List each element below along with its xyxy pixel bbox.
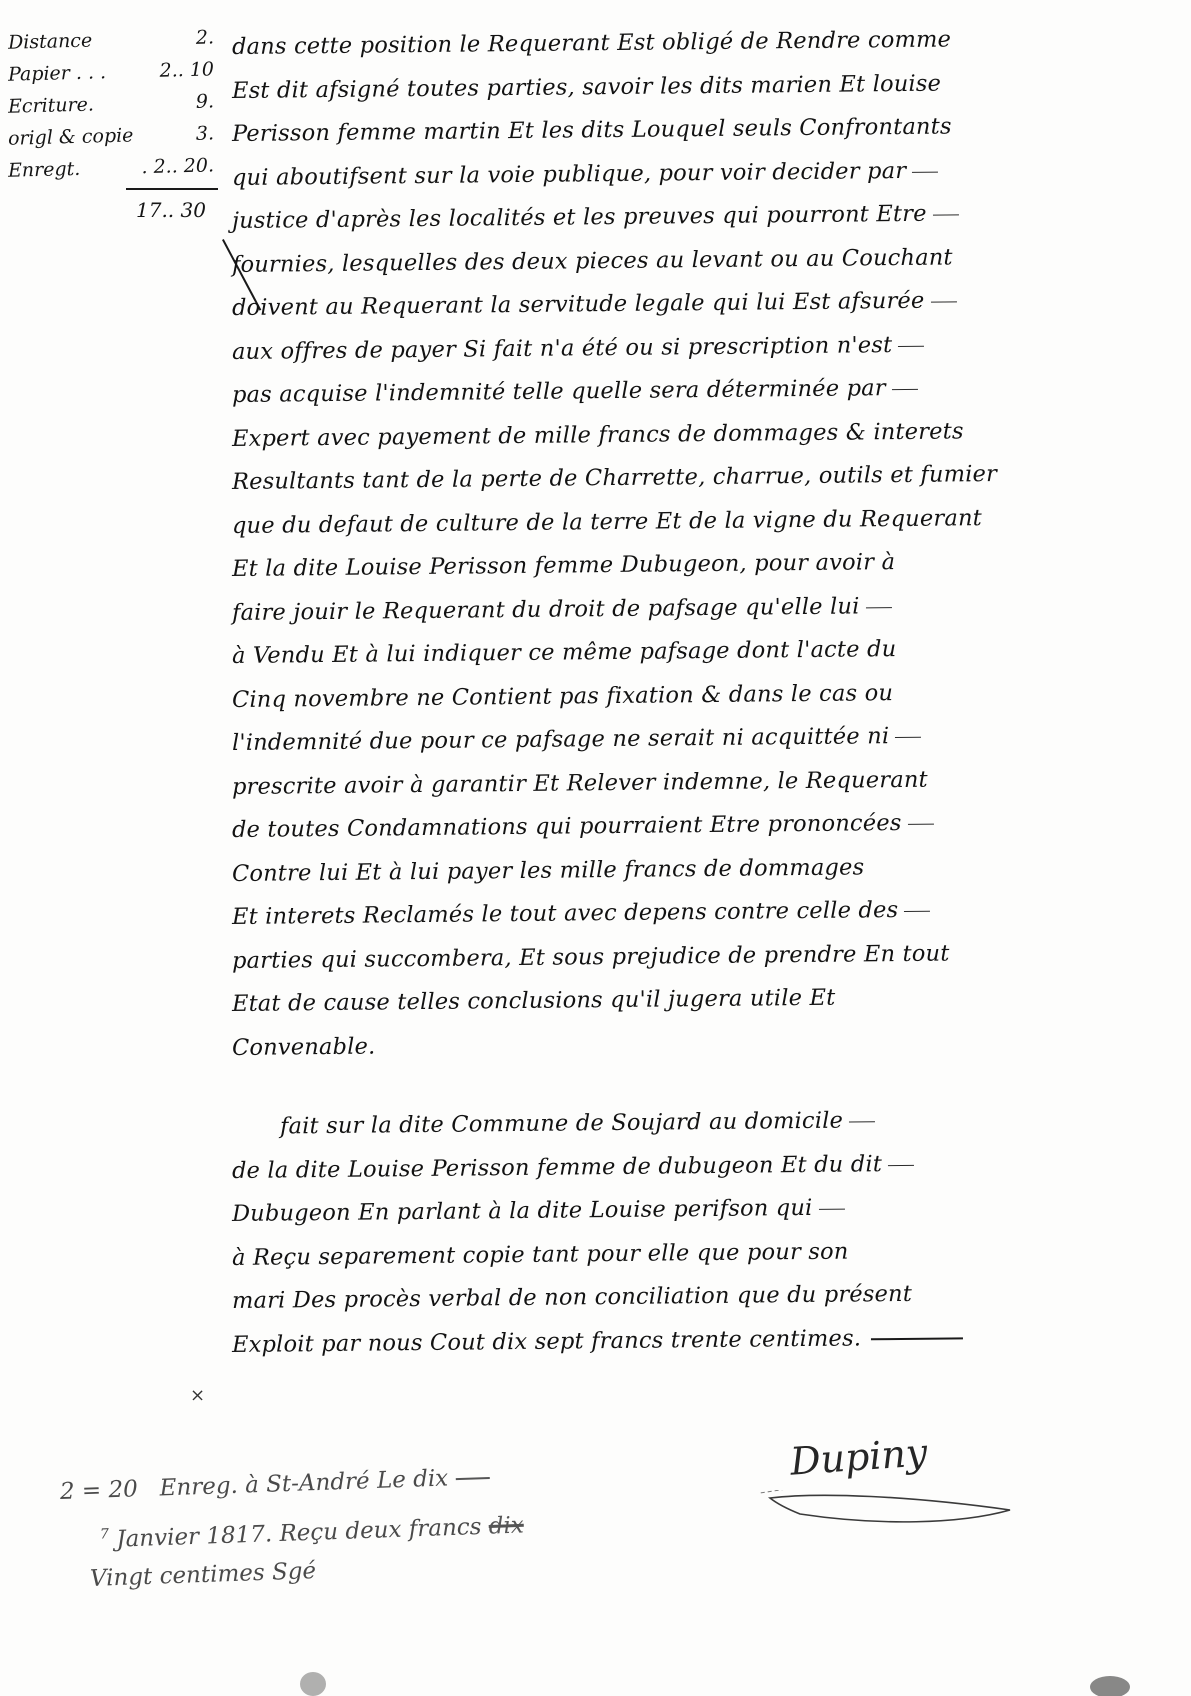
- registration-day-correction: 7: [100, 1526, 109, 1542]
- fee-total: 17.. 30: [136, 194, 218, 226]
- body-line-text: pas acquise l'indemnité telle quelle ser…: [232, 375, 886, 408]
- body-line-text: aux offres de payer Si fait n'a été ou s…: [232, 332, 893, 365]
- closing-line-text: fait sur la dite Commune de Soujard au d…: [280, 1108, 843, 1140]
- body-text: dans cette position le Requerant Est obl…: [232, 26, 1162, 1367]
- margin-x-mark: ×: [190, 1385, 205, 1406]
- fee-label: Papier . . .: [8, 56, 107, 91]
- document-page: Distance 2. Papier . . . 2.. 10 Ecriture…: [0, 0, 1191, 1696]
- closing-line-text: Dubugeon En parlant à la dite Louise per…: [232, 1195, 813, 1227]
- ink-blot: [300, 1672, 326, 1696]
- line-filler-dash: [888, 1164, 914, 1165]
- body-line-text: qui aboutifsent sur la voie publique, po…: [232, 157, 907, 190]
- struck-word: dix: [488, 1512, 524, 1539]
- fee-amount: 2.. 10: [159, 53, 214, 86]
- fee-tally: Distance 2. Papier . . . 2.. 10 Ecriture…: [8, 24, 218, 226]
- fee-label: Enregt.: [8, 153, 81, 187]
- body-line-text: de toutes Condamnations qui pourraient E…: [232, 810, 902, 843]
- line-filler-dash: [930, 301, 956, 302]
- body-line-text: faire jouir le Requerant du droit de paf…: [232, 593, 860, 626]
- body-line-text: doivent au Requerant la servitude legale…: [232, 288, 925, 321]
- body-line-text: l'indemnité due pour ce pafsage ne serai…: [232, 723, 890, 756]
- line-filler-dash: [912, 171, 938, 172]
- line-filler-dash: [455, 1477, 489, 1480]
- fee-label: Ecriture.: [8, 89, 95, 123]
- fee-amount: 9.: [195, 85, 214, 117]
- registration-text: Vingt centimes Sgé: [90, 1558, 317, 1592]
- ink-blot: [1090, 1676, 1130, 1696]
- body-line: Convenable.: [232, 1017, 1162, 1070]
- line-filler-dash: [933, 214, 959, 215]
- line-filler-dash: [898, 345, 924, 346]
- closing-underline: [871, 1337, 963, 1340]
- body-line-text: justice d'après les localités et les pre…: [232, 201, 927, 234]
- line-filler-dash: [904, 910, 930, 911]
- fee-amount: 2.: [195, 21, 214, 53]
- closing-line: Exploit par nous Cout dix sept francs tr…: [232, 1314, 1162, 1367]
- fee-total-rule: [126, 188, 218, 190]
- fee-label: origl & copie: [8, 119, 134, 154]
- closing-line-text: de la dite Louise Perisson femme de dubu…: [232, 1151, 882, 1184]
- fee-amount: 3.: [195, 117, 214, 149]
- line-filler-dash: [908, 823, 934, 824]
- registration-note: 2 = 20 Enreg. à St-André Le dix 7 Janvie…: [60, 1470, 820, 1602]
- closing-line-text: Exploit par nous Cout dix sept francs tr…: [232, 1325, 861, 1358]
- line-filler-dash: [866, 606, 892, 607]
- fee-label: Distance: [8, 25, 93, 59]
- fee-row-enregistrement: Enregt. . 2.. 20.: [8, 149, 219, 186]
- line-filler-dash: [818, 1208, 844, 1209]
- registration-text: Enreg. à St-André Le dix: [159, 1465, 448, 1501]
- line-filler-dash: [895, 736, 921, 737]
- body-line-text: Et interets Reclamés le tout avec depens…: [232, 897, 899, 930]
- fee-amount: . 2.. 20.: [141, 149, 214, 183]
- line-filler-dash: [892, 388, 918, 389]
- line-filler-dash: [849, 1121, 875, 1122]
- registration-amount: 2 = 20: [60, 1476, 139, 1505]
